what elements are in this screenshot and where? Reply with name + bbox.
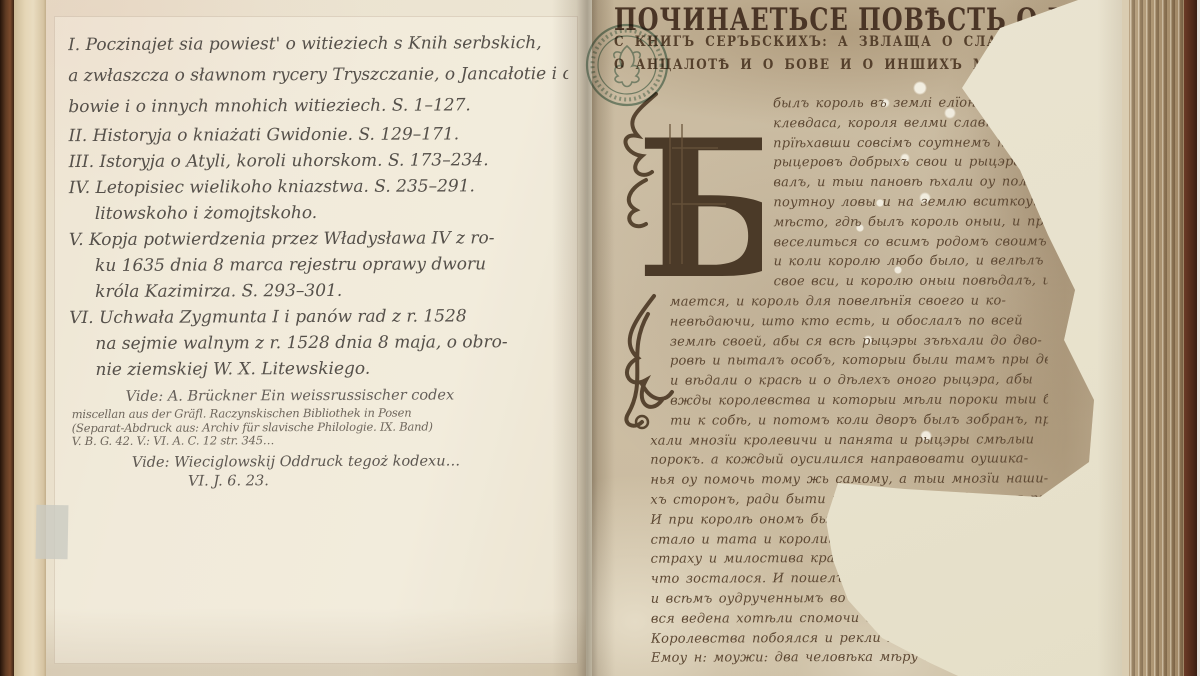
manuscript-line: ровѣ и пыталъ особъ, которыи были тамъ п… [670,351,1048,372]
toc-line: bowie i o innych mnohich witieziech. S. … [68,90,568,123]
cyrillic-vyaz-title: ПОЧИНАЕТЬСЕ ПОВѢСТЬ О ВИТЕЗѢХЪС КНИГЪ СЕ… [614,0,1060,76]
manuscript-line: валъ, и тыи пановѣ ѣхали оу поле великоу… [773,172,1047,193]
pasted-contents-sheet: I. Poczinajet sia powiest' o witieziech … [54,16,578,664]
toc-line: ku 1635 dnia 8 marca rejestru oprawy dwo… [69,251,569,279]
toc-line: IV. Letopisiec wielikoho kniazstwa. S. 2… [69,173,569,201]
toc-line: VI. J. 6. 23. [70,470,570,491]
manuscript-line: невѣдаючи, што кто есть, и обослалъ по в… [670,311,1048,332]
manuscript-line: прїѣхавши совсімъ соутнемъ приборъ свой … [773,133,1047,154]
toc-line: króla Kazimirza. S. 293–301. [69,277,569,305]
handwritten-table-of-contents: I. Poczinajet sia powiest' o witieziech … [68,28,570,492]
manuscript-line: порокъ. а кождый оусилился направовати о… [650,450,1048,471]
manuscript-line: что зосталося. И пошелъ есть [651,568,1049,589]
manuscript-line: поутноу ловы и на землю вситкоую, и вышл… [773,192,1047,213]
right-book-cover-edge [1184,0,1197,676]
manuscript-line: хали мнозїи кролевичи и панята и рыцэры … [650,430,1048,451]
library-stamp-icon [582,20,672,110]
manuscript-line: и вѣдали о красѣ и о дѣлехъ оного рыцэра… [670,370,1048,391]
toc-line: III. Istoryja o Atyli, koroli uhorskom. … [69,147,569,175]
open-manuscript-book-photo: I. Poczinajet sia powiest' o witieziech … [0,0,1200,676]
manuscript-line: мѣсто, гдѣ былъ король оныи, и пришолъ к… [773,212,1047,233]
manuscript-line: рыцеровъ добрыхъ свои и рыцэра, которого… [773,153,1047,174]
page-block-fore-edge [1122,0,1184,676]
manuscript-line: ти к собѣ, и потомъ коли дворъ былъ зобр… [670,410,1048,431]
cyrillic-manuscript-text: былъ король въ землі елїонской, и мѣлъ о… [649,93,1049,668]
manuscript-line: страху и милостива красо [651,549,1049,570]
manuscript-line: и всѣмъ оудрученнымъ во вѣ [651,588,1049,609]
toc-line: I. Poczinajet sia powiest' o witieziech … [68,28,568,61]
manuscript-line: хъ сторонъ, ради быти тамъ, ижь то и дѣя… [650,489,1048,510]
toc-line: Vide: A. Brückner Ein weissrussischer co… [70,381,570,408]
manuscript-line: землѣ своей, абы ся всѣ рыцэры зъѣхали д… [670,331,1048,352]
manuscript-line: мается, и король для повелѣнїя своего и … [670,291,1048,312]
toc-line: V. Kopja potwierdzenia przez Władysława … [69,225,569,253]
left-page: I. Poczinajet sia powiest' o witieziech … [46,0,586,676]
manuscript-line: Королевства побоялся и рекли мнози [651,628,1049,649]
manuscript-line: былъ король въ землі елїонской, и мѣлъ о… [773,93,1047,114]
toc-line: nie ziemskiej W. X. Litewskiego. [69,355,569,383]
title-line: О АНЦАЛОТѢ И О БОВЕ И О ИНШИХЪ МНОГИХЪ В… [614,50,1060,79]
manuscript-line: вжды королевства и которыи мѣли пороки т… [670,390,1048,411]
manuscript-line: вся ведена хотѣли спомочи ся [651,608,1049,629]
manuscript-line: И при королѣ ономъ было королевст [650,509,1048,530]
toc-line: Vide: Wieciglowskij Oddruck tegoż kodexu… [70,446,570,472]
manuscript-line: веселиться со всимъ родомъ своимъ и вита… [773,232,1047,253]
toc-line: VI. Uchwała Zygmunta I i panów rad z r. … [69,303,569,331]
left-book-cover-edge [0,0,14,676]
right-page: ПОЧИНАЕТЬСЕ ПОВѢСТЬ О ВИТЕЗѢХЪС КНИГЪ СЕ… [586,0,1130,676]
toc-line: na sejmie walnym z r. 1528 dnia 8 maja, … [69,329,569,357]
manuscript-line: стало и тата и королица силна [651,529,1049,550]
manuscript-line: клевдаса, короля велми славнаго, ижь мѣл… [773,113,1047,134]
label-residue [36,505,69,560]
manuscript-line: и коли королю любо было, и велѣлъ собрат… [774,252,1048,273]
manuscript-line: свое вси, и королю оныи повѣдалъ, што кн… [774,271,1048,292]
toc-line: II. Historyja o kniażati Gwidonie. S. 12… [68,121,568,149]
manuscript-line: нья оу помочь тому жь самому, а тыи мноз… [650,469,1048,490]
toc-line: a zwłaszcza o sławnom rycery Tryszczanie… [68,59,568,92]
manuscript-line: Емоу н: моужи: два человѣка мѣру правити [651,648,1049,669]
left-flyleaf-edge [14,0,46,676]
toc-line: litowskoho i żomojtskoho. [69,199,569,227]
